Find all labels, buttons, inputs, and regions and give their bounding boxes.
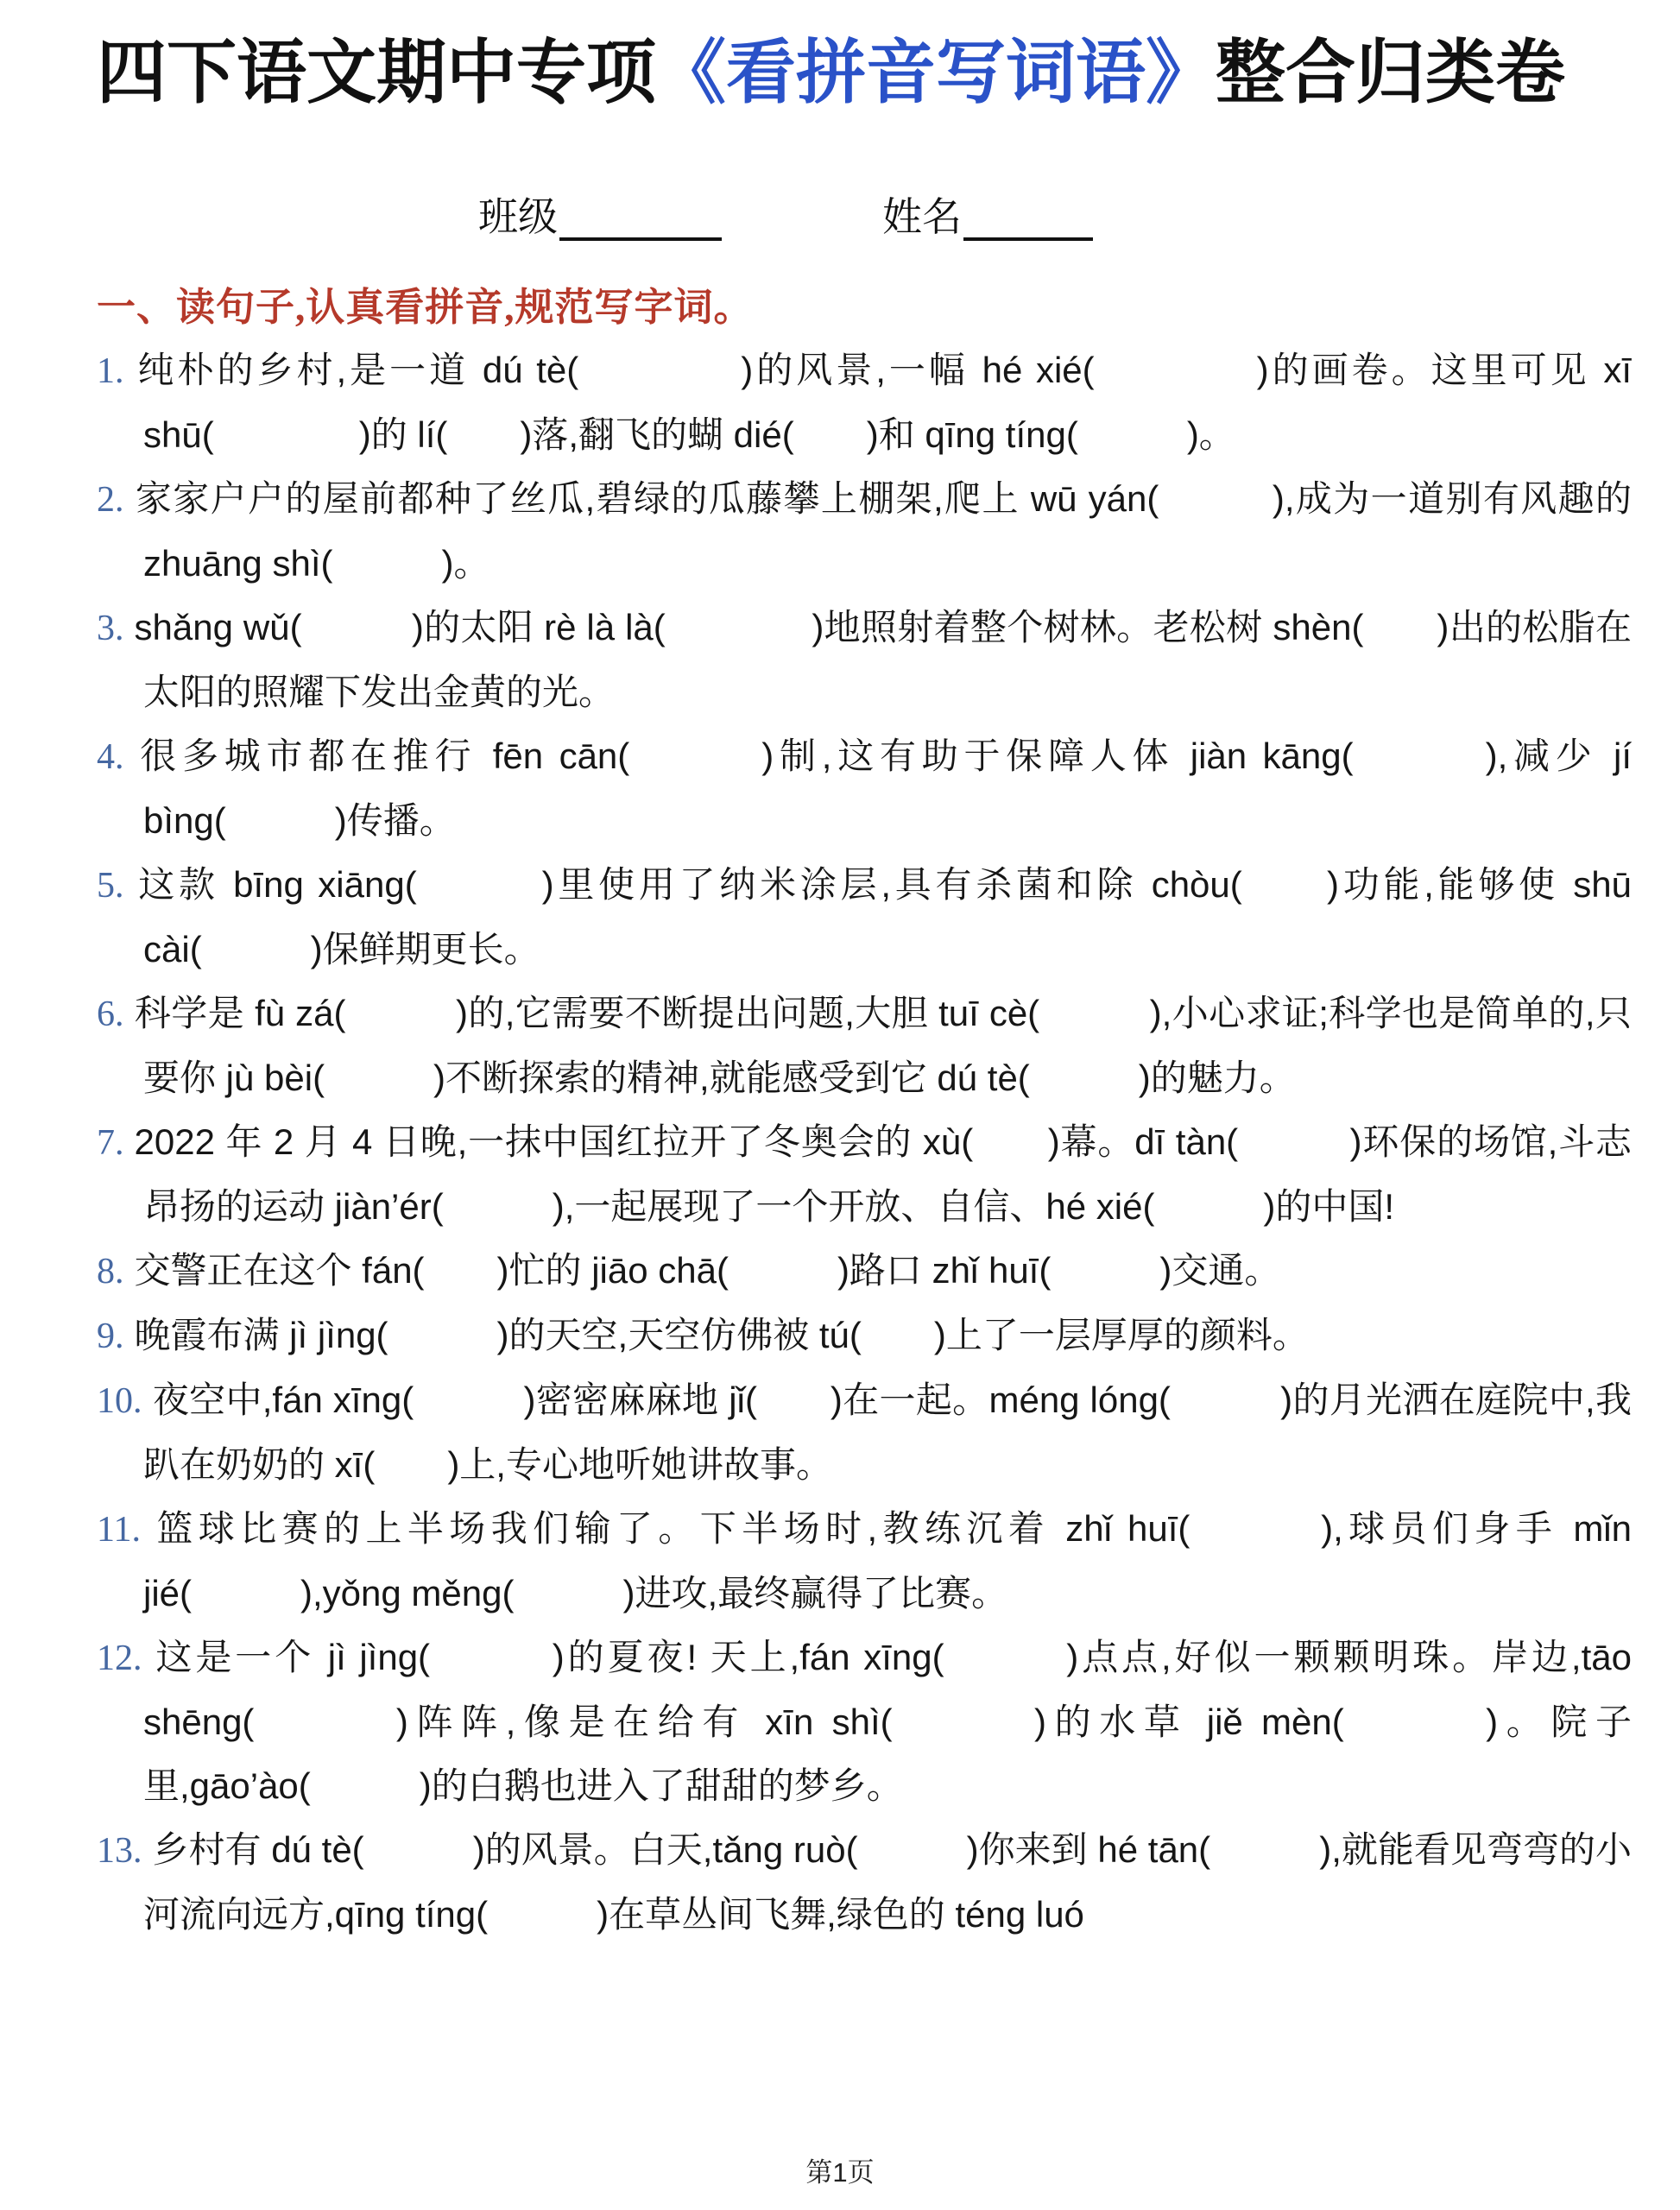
item-text: shǎng wǔ( )的太阳 rè là là( )地照射着整个树林。老松树 s…	[135, 607, 1633, 712]
item-number: 11.	[97, 1510, 141, 1550]
item-text: 纯朴的乡村,是一道 dú tè( )的风景,一幅 hé xié( )的画卷。这里…	[135, 350, 1633, 455]
item-text: 科学是 fù zá( )的,它需要不断提出问题,大胆 tuī cè( ),小心求…	[135, 993, 1633, 1098]
exercise-item-8: 8.交警正在这个 fán( )忙的 jiāo chā( )路口 zhǐ huī(…	[97, 1239, 1632, 1304]
page-title: 四下语文期中专项《看拼音写词语》整合归类卷	[97, 31, 1632, 117]
exercise-item-3: 3.shǎng wǔ( )的太阳 rè là là( )地照射着整个树林。老松树…	[97, 596, 1632, 724]
name-blank-line	[963, 193, 1093, 241]
exercise-item-1: 1.纯朴的乡村,是一道 dú tè( )的风景,一幅 hé xié( )的画卷。…	[97, 338, 1632, 467]
section-heading: 一、读句子,认真看拼音,规范写字词。	[97, 275, 1632, 331]
exercise-item-5: 5.这款 bīng xiāng( )里使用了纳米涂层,具有杀菌和除 chòu( …	[97, 853, 1632, 982]
item-number: 13.	[97, 1831, 142, 1871]
worksheet-page: 四下语文期中专项《看拼音写词语》整合归类卷 班级 姓名 一、读句子,认真看拼音,…	[0, 0, 1680, 2210]
item-number: 10.	[97, 1381, 142, 1421]
title-part-1: 四下语文期中专项	[97, 35, 656, 112]
item-text: 篮球比赛的上半场我们输了。下半场时,教练沉着 zhǐ huī( ),球员们身手 …	[143, 1508, 1632, 1613]
class-label: 班级	[478, 193, 558, 241]
title-part-highlight: 《看拼音写词语》	[656, 35, 1216, 112]
exercise-item-4: 4.很多城市都在推行 fēn cān( )制,这有助于保障人体 jiàn kān…	[97, 724, 1632, 853]
exercise-item-13: 13.乡村有 dú tè( )的风景。白天,tǎng ruò( )你来到 hé …	[97, 1818, 1632, 1947]
exercise-item-11: 11.篮球比赛的上半场我们输了。下半场时,教练沉着 zhǐ huī( ),球员们…	[97, 1497, 1632, 1626]
item-text: 晚霞布满 jì jìng( )的天空,天空仿佛被 tú( )上了一层厚厚的颜料。	[135, 1315, 1309, 1355]
exercise-list: 1.纯朴的乡村,是一道 dú tè( )的风景,一幅 hé xié( )的画卷。…	[97, 338, 1632, 1947]
class-blank-line	[559, 193, 722, 241]
exercise-item-7: 7.2022 年 2 月 4 日晚,一抹中国红拉开了冬奥会的 xù( )幕。dī…	[97, 1110, 1632, 1239]
item-number: 3.	[97, 609, 124, 648]
student-info-row: 班级 姓名	[478, 193, 1632, 241]
exercise-item-9: 9.晚霞布满 jì jìng( )的天空,天空仿佛被 tú( )上了一层厚厚的颜…	[97, 1304, 1632, 1368]
item-number: 2.	[97, 480, 124, 520]
name-field: 姓名	[882, 193, 1093, 241]
name-label: 姓名	[882, 193, 962, 241]
item-text: 这是一个 jì jìng( )的夏夜! 天上,fán xīng( )点点,好似一…	[143, 1637, 1632, 1806]
exercise-item-6: 6.科学是 fù zá( )的,它需要不断提出问题,大胆 tuī cè( ),小…	[97, 982, 1632, 1110]
item-text: 这款 bīng xiāng( )里使用了纳米涂层,具有杀菌和除 chòu( )功…	[135, 864, 1633, 969]
class-field: 班级	[478, 193, 722, 241]
item-number: 4.	[97, 737, 124, 777]
item-number: 7.	[97, 1123, 124, 1163]
item-number: 8.	[97, 1252, 124, 1291]
item-text: 2022 年 2 月 4 日晚,一抹中国红拉开了冬奥会的 xù( )幕。dī t…	[135, 1121, 1633, 1227]
item-text: 交警正在这个 fán( )忙的 jiāo chā( )路口 zhǐ huī( )…	[135, 1250, 1281, 1291]
title-part-2: 整合归类卷	[1216, 35, 1565, 112]
item-text: 夜空中,fán xīng( )密密麻麻地 jǐ( )在一起。méng lóng(…	[143, 1380, 1632, 1485]
page-number: 第1页	[0, 2150, 1680, 2189]
item-text: 家家户户的屋前都种了丝瓜,碧绿的瓜藤攀上棚架,爬上 wū yán( ),成为一道…	[135, 478, 1633, 584]
item-number: 5.	[97, 866, 124, 906]
exercise-item-10: 10.夜空中,fán xīng( )密密麻麻地 jǐ( )在一起。méng ló…	[97, 1368, 1632, 1497]
item-number: 9.	[97, 1317, 124, 1356]
item-text: 乡村有 dú tè( )的风景。白天,tǎng ruò( )你来到 hé tān…	[143, 1829, 1632, 1935]
item-number: 12.	[97, 1639, 142, 1678]
exercise-item-12: 12.这是一个 jì jìng( )的夏夜! 天上,fán xīng( )点点,…	[97, 1626, 1632, 1818]
item-number: 6.	[97, 994, 124, 1034]
exercise-item-2: 2.家家户户的屋前都种了丝瓜,碧绿的瓜藤攀上棚架,爬上 wū yán( ),成为…	[97, 467, 1632, 596]
item-text: 很多城市都在推行 fēn cān( )制,这有助于保障人体 jiàn kāng(…	[135, 736, 1633, 841]
item-number: 1.	[97, 351, 124, 391]
